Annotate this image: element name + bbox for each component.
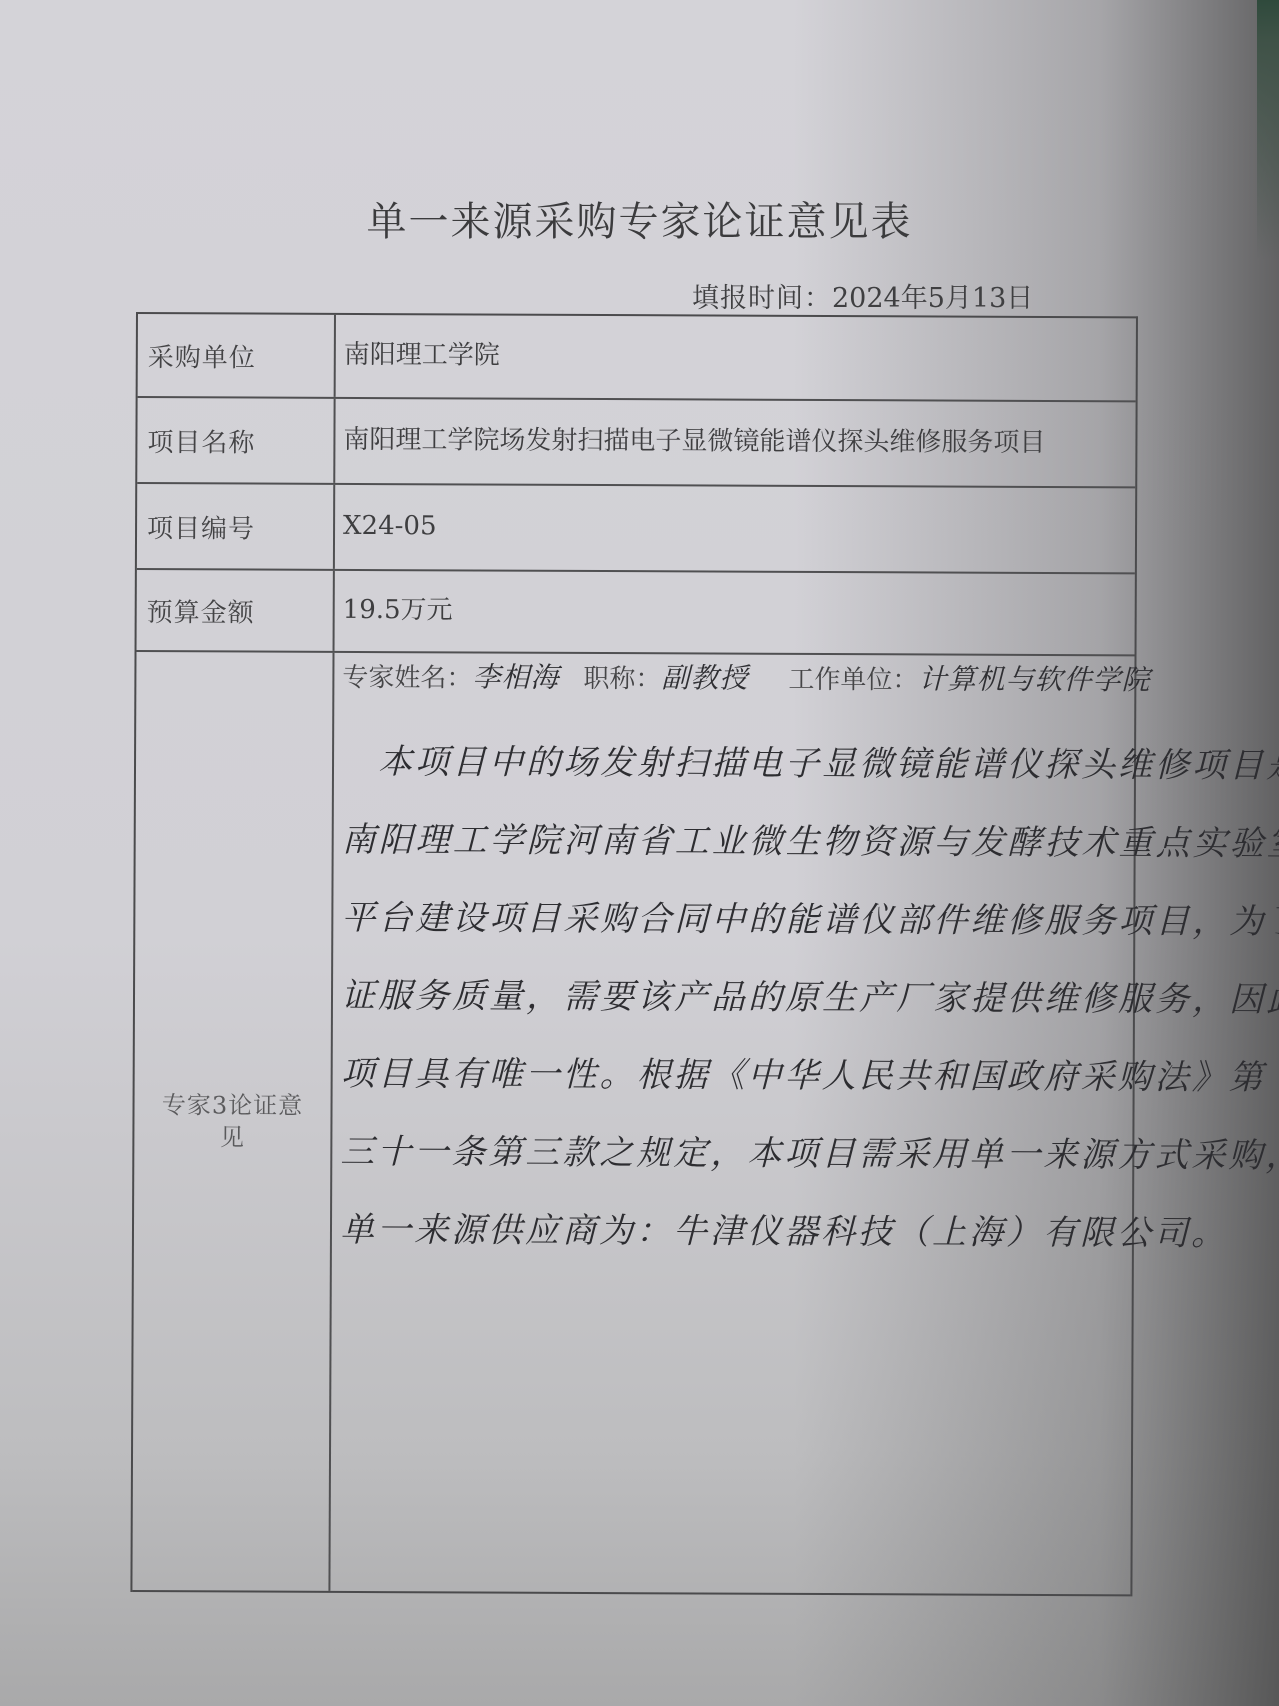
purchasing-unit-value: 南阳理工学院 xyxy=(336,315,1136,400)
row-budget: 预算金额 19.5万元 xyxy=(137,570,1135,656)
row-project-name: 项目名称 南阳理工学院场发射扫描电子显微镜能谱仪探头维修服务项目 xyxy=(137,398,1135,488)
expert-name-handwritten: 李相海 xyxy=(472,661,559,694)
row-expert-opinion: 专家3论证意见 专家姓名： 李相海 职称： 副教授 工作单位： 计算机与软件学院… xyxy=(132,652,1134,1596)
project-name-label: 项目名称 xyxy=(137,398,335,483)
document-title: 单一来源采购专家论证意见表 xyxy=(0,190,1279,247)
project-number-label: 项目编号 xyxy=(137,484,335,569)
expert-name-label: 专家姓名： xyxy=(342,664,472,694)
opinion-line: 平台建设项目采购合同中的能谱仪部件维修服务项目，为了保 xyxy=(341,879,1279,962)
fill-date: 填报时间：2024年5月13日 xyxy=(692,276,1033,315)
fill-date-value: 2024年5月13日 xyxy=(832,283,1033,314)
opinion-line: 单一来源供应商为：牛津仪器科技（上海）有限公司。 xyxy=(340,1191,1279,1274)
opinion-line: 南阳理工学院河南省工业微生物资源与发酵技术重点实验室科研 xyxy=(342,801,1279,884)
row-project-number: 项目编号 X24-05 xyxy=(137,484,1135,574)
budget-value: 19.5万元 xyxy=(335,571,1135,654)
expert-opinion-label: 专家3论证意见 xyxy=(132,652,334,1591)
expert-unit-handwritten: 计算机与软件学院 xyxy=(918,663,1150,696)
project-name-value: 南阳理工学院场发射扫描电子显微镜能谱仪探头维修服务项目 xyxy=(335,399,1135,486)
expert-opinion-form: 采购单位 南阳理工学院 项目名称 南阳理工学院场发射扫描电子显微镜能谱仪探头维修… xyxy=(130,312,1138,1596)
project-number-value: X24-05 xyxy=(335,485,1135,572)
budget-label: 预算金额 xyxy=(137,570,335,651)
expert-title-label: 职称： xyxy=(583,665,661,695)
purchasing-unit-label: 采购单位 xyxy=(138,314,336,397)
expert-title-handwritten: 副教授 xyxy=(661,662,748,695)
handwritten-opinion: 本项目中的场发射扫描电子显微镜能谱仪探头维修项目是 南阳理工学院河南省工业微生物… xyxy=(340,723,1279,1274)
opinion-line: 项目具有唯一性。根据《中华人民共和国政府采购法》第 xyxy=(341,1035,1279,1118)
fill-date-label: 填报时间： xyxy=(692,283,832,314)
opinion-line: 三十一条第三款之规定，本项目需采用单一来源方式采购， xyxy=(340,1113,1279,1196)
row-purchasing-unit: 采购单位 南阳理工学院 xyxy=(138,314,1136,402)
opinion-line: 证服务质量，需要该产品的原生产厂家提供维修服务，因此本 xyxy=(341,957,1279,1040)
expert-info-line: 专家姓名： 李相海 职称： 副教授 工作单位： 计算机与软件学院 xyxy=(342,661,1150,727)
document-title-text: 单一来源采购专家论证意见表 xyxy=(367,199,913,245)
expert-unit-label: 工作单位： xyxy=(788,666,918,696)
expert-opinion-content: 专家姓名： 李相海 职称： 副教授 工作单位： 计算机与软件学院 本项目中的场发… xyxy=(330,653,1279,1596)
opinion-line: 本项目中的场发射扫描电子显微镜能谱仪探头维修项目是 xyxy=(342,723,1279,806)
